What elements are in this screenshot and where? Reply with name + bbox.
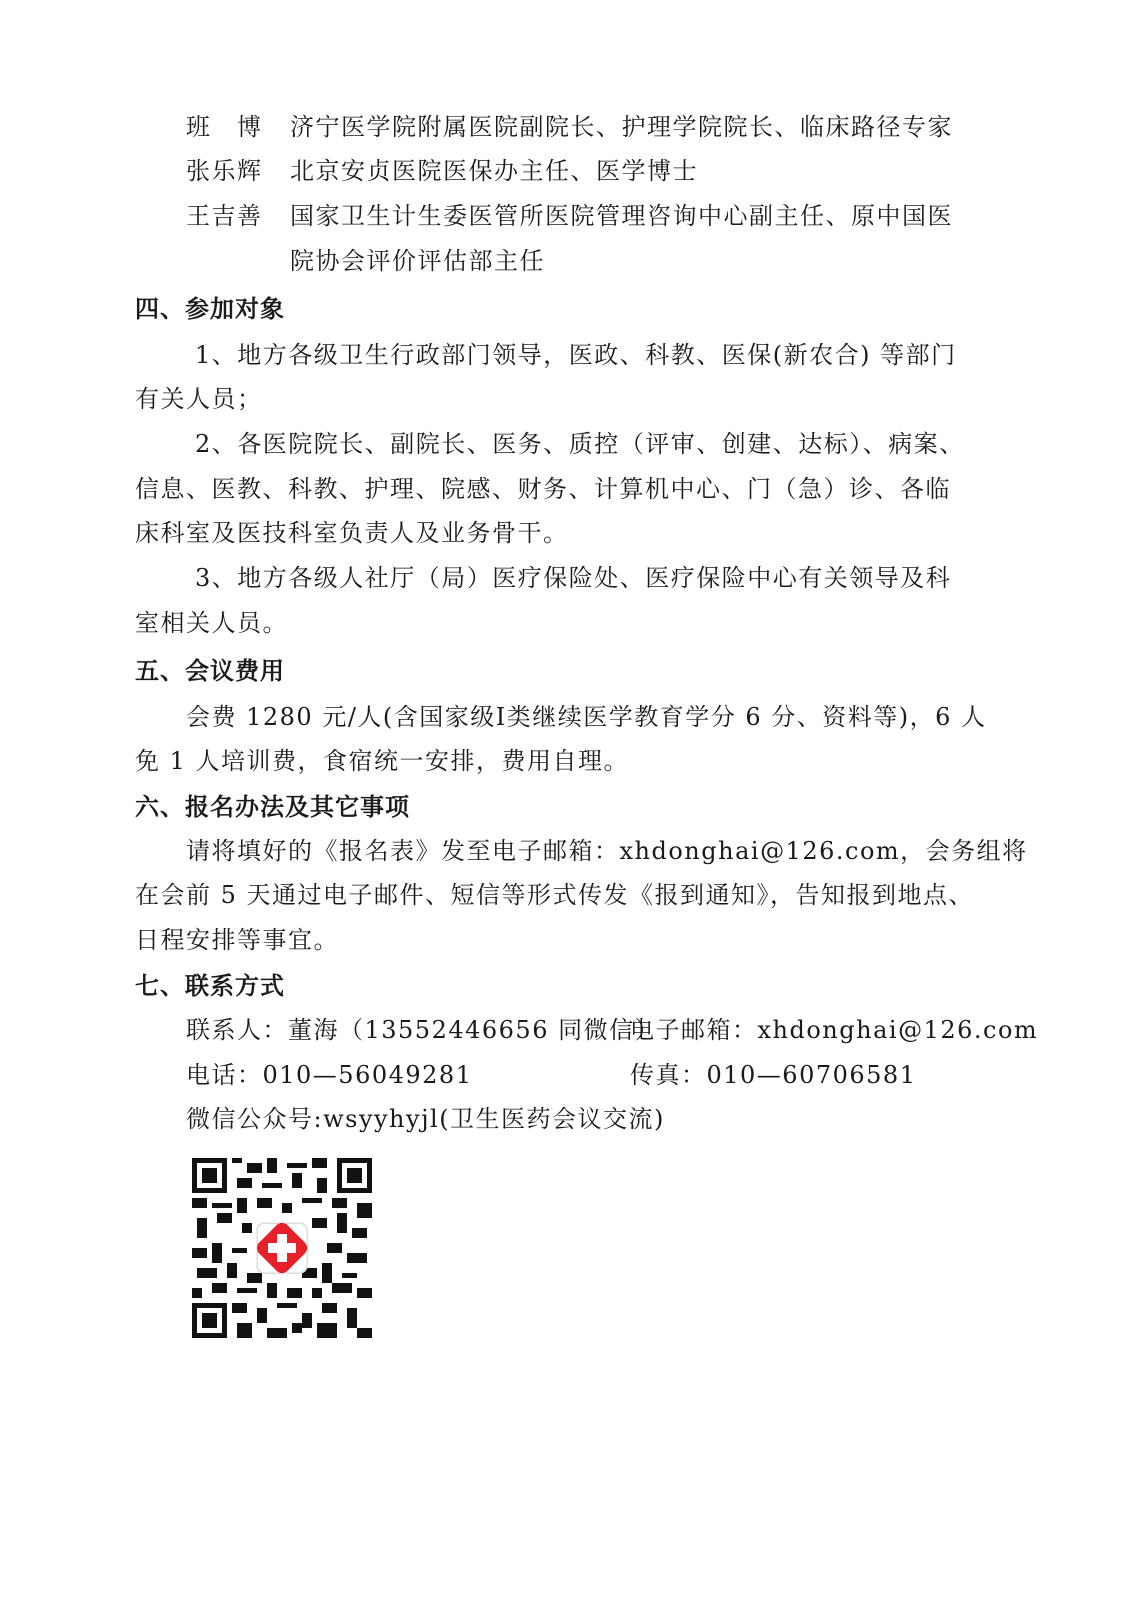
registration-text: 请将填好的《报名表》发至电子邮箱：xhdonghai@126.com，会务组将 (186, 836, 1028, 866)
contact-email[interactable]: 电子邮箱：xhdonghai@126.com (630, 1015, 1038, 1045)
registration-text-cont2: 日程安排等事宜。 (135, 925, 339, 955)
expert-name: 王吉善 (186, 201, 263, 231)
expert-name: 班 博 (186, 112, 263, 142)
section-heading-fees: 五、会议费用 (135, 656, 285, 686)
expert-title: 北京安贞医院医保办主任、医学博士 (290, 156, 698, 186)
section-heading-attendees: 四、参加对象 (135, 294, 285, 324)
fee-text-cont: 免 1 人培训费，食宿统一安排，费用自理。 (135, 746, 629, 776)
attendee-item-3: 3、地方各级人社厅（局）医疗保险处、医疗保险中心有关领导及科 (195, 563, 951, 593)
qr-code (192, 1158, 372, 1338)
contact-person: 联系人：董海（13552446656 同微信） (186, 1015, 660, 1045)
expert-title: 国家卫生计生委医管所医院管理咨询中心副主任、原中国医 (290, 201, 953, 231)
registration-text-cont: 在会前 5 天通过电子邮件、短信等形式传发《报到通知》，告知报到地点、 (135, 880, 974, 910)
attendee-item-2: 2、各医院院长、副院长、医务、质控（评审、创建、达标）、病案、 (195, 429, 965, 459)
expert-name: 张乐辉 (186, 156, 263, 186)
section-heading-registration: 六、报名办法及其它事项 (135, 792, 410, 822)
attendee-item-1: 1、地方各级卫生行政部门领导，医政、科教、医保(新农合) 等部门 (195, 340, 957, 370)
fee-text: 会费 1280 元/人(含国家级Ⅰ类继续医学教育学分 6 分、资料等)，6 人 (186, 702, 987, 732)
attendee-item-2-cont: 信息、医教、科教、护理、院感、财务、计算机中心、门（急）诊、各临 (135, 474, 951, 504)
expert-title: 济宁医学院附属医院副院长、护理学院院长、临床路径专家 (290, 112, 953, 142)
attendee-item-3-cont: 室相关人员。 (135, 608, 288, 638)
expert-title-cont: 院协会评价评估部主任 (290, 246, 545, 276)
contact-wechat: 微信公众号:wsyyhyjl(卫生医药会议交流) (186, 1104, 665, 1134)
contact-fax: 传真：010—60706581 (630, 1060, 916, 1090)
attendee-item-1-cont: 有关人员； (135, 384, 263, 414)
contact-phone: 电话：010—56049281 (186, 1060, 472, 1090)
section-heading-contact: 七、联系方式 (135, 971, 285, 1001)
attendee-item-2-cont2: 床科室及医技科室负责人及业务骨干。 (135, 518, 569, 548)
